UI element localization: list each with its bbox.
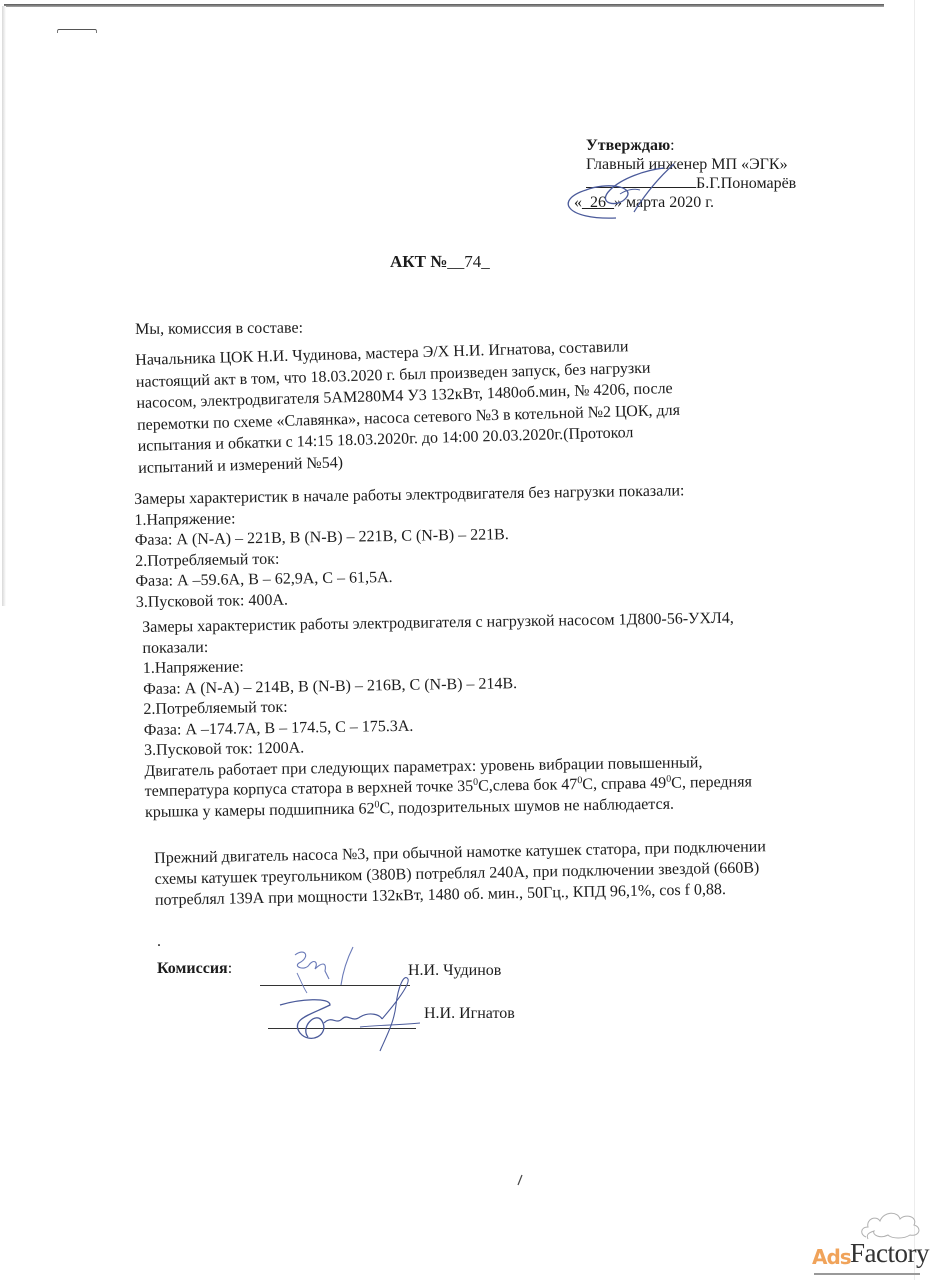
stray-dot: . <box>157 933 161 951</box>
watermark-underline <box>814 1273 920 1275</box>
scan-edge-shadow-left <box>2 6 6 606</box>
signature-2-icon <box>270 975 420 1055</box>
commission-member-2: Н.И. Игнатов <box>424 1005 515 1023</box>
pen-mark-icon <box>516 1174 524 1186</box>
act-number: __74_ <box>447 252 490 271</box>
staple-mark <box>57 29 97 33</box>
watermark-factory: Factory <box>850 1238 929 1269</box>
intro-text: Мы, комиссия в составе: <box>135 319 303 339</box>
approval-signature-icon <box>556 160 686 230</box>
scan-edge-shadow-top <box>4 4 884 7</box>
adsfactory-watermark: Ads Factory <box>800 1205 928 1275</box>
approval-signer: Б.Г.Пономарёв <box>696 175 796 192</box>
load-measurements: Замеры характеристик работы электродвига… <box>142 608 752 823</box>
watermark-ads: Ads <box>812 1245 851 1269</box>
act-title: АКТ №__74_ <box>390 252 490 272</box>
commission-label: Комиссия: <box>157 960 232 978</box>
no-load-measurements: Замеры характеристик в начале работы эле… <box>134 481 686 613</box>
paragraph-commission: Начальника ЦОК Н.И. Чудинова, мастера Э/… <box>135 335 681 479</box>
previous-motor-paragraph: Прежний двигатель насоса №3, при обычной… <box>154 836 767 911</box>
commission-member-1: Н.И. Чудинов <box>408 962 501 980</box>
approval-title: Утверждаю <box>586 137 670 154</box>
scan-edge-right <box>914 0 915 1280</box>
